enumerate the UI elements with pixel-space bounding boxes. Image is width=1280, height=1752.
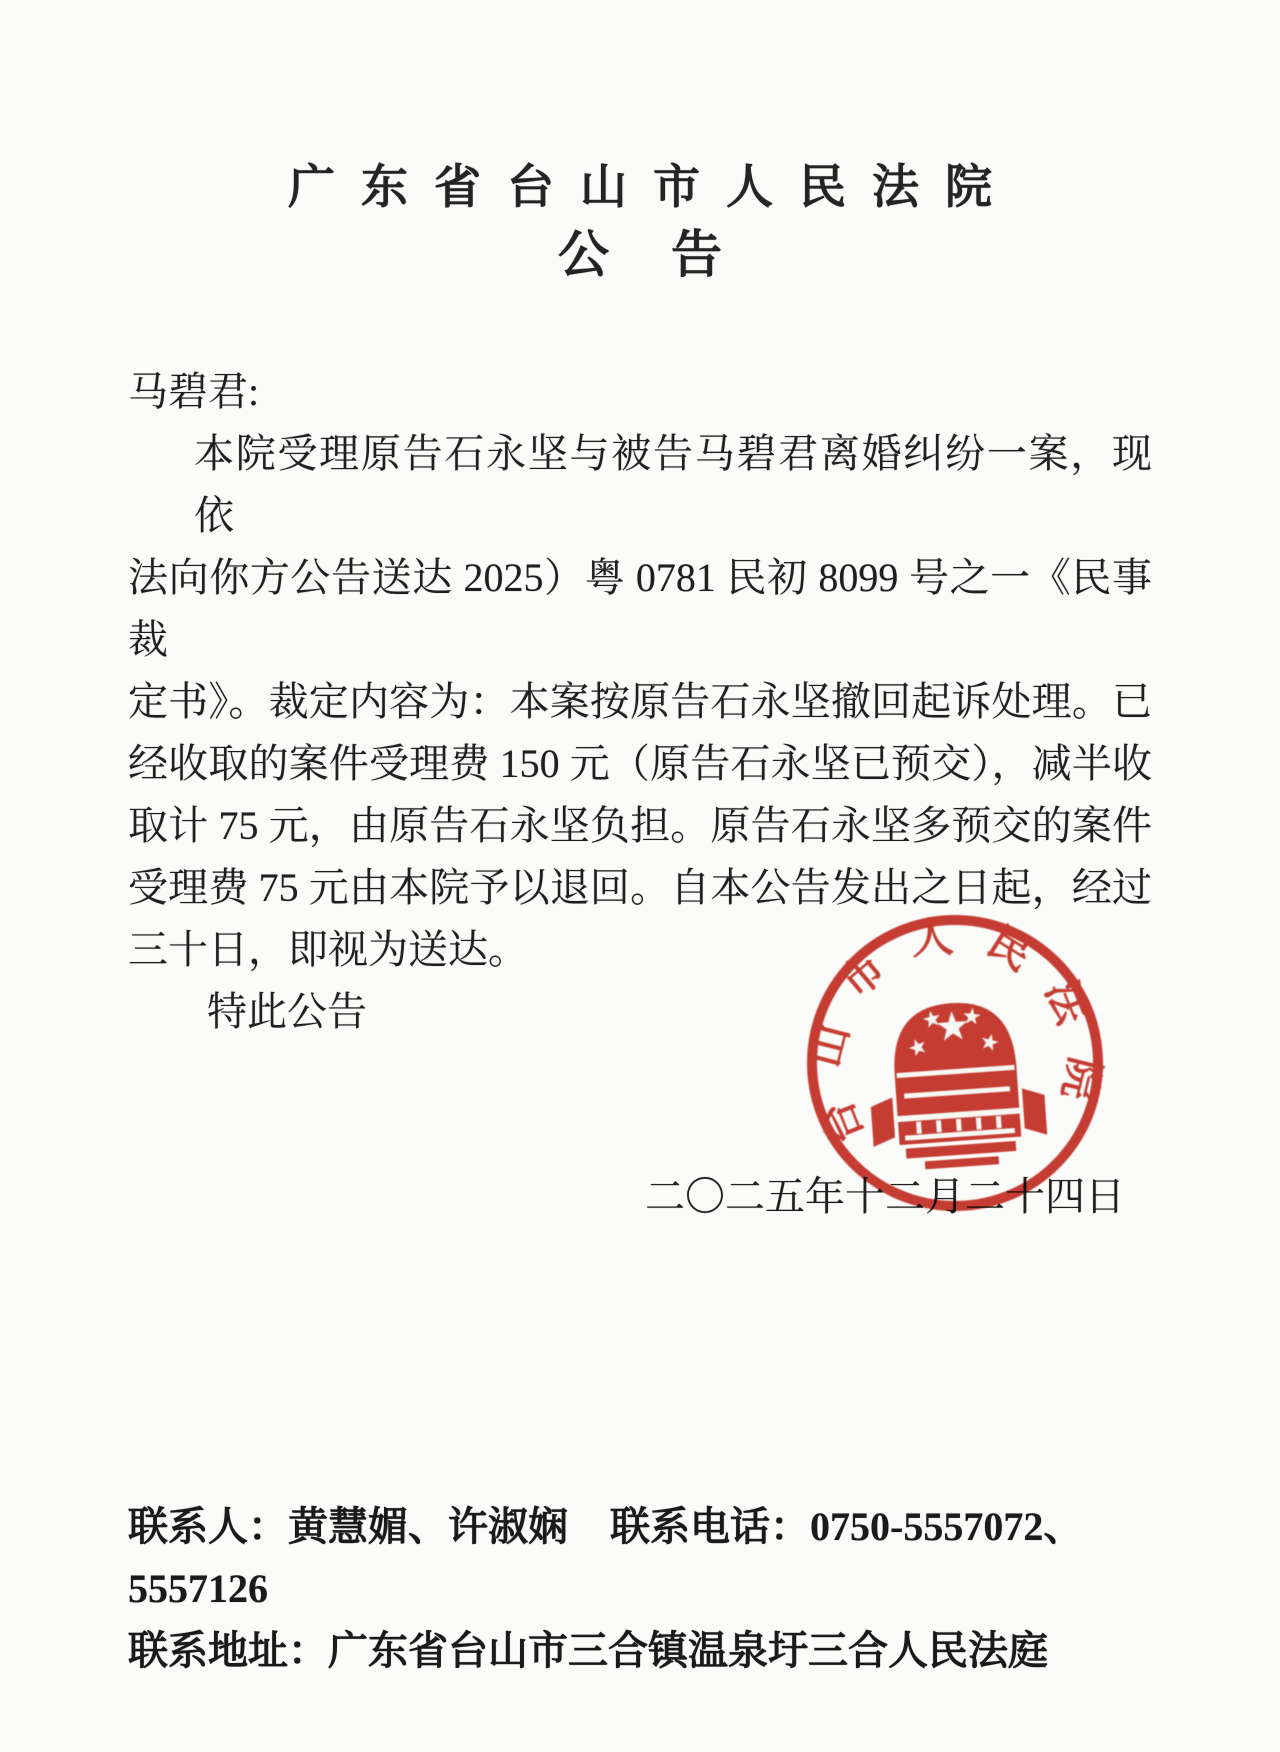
body-line: 本院受理原告石永坚与被告马碧君离婚纠纷一案，现依: [128, 423, 1152, 547]
contact-address: 联系地址：广东省台山市三合镇温泉圩三合人民法庭: [128, 1620, 1152, 1682]
contact-person: 联系人：黄慧媚、许淑娴: [128, 1504, 568, 1549]
body-line: 取计 75 元，由原告石永坚负担。原告石永坚多预交的案件: [128, 795, 1152, 857]
body-line: 定书》。裁定内容为：本案按原告石永坚撤回起诉处理。已: [128, 671, 1152, 733]
issue-date: 二〇二五年十二月二十四日: [128, 1166, 1152, 1228]
document-content: 广东省台山市人民法院 公告 马碧君: 本院受理原告石永坚与被告马碧君离婚纠纷一案…: [0, 0, 1280, 1682]
contact-block: 联系人：黄慧媚、许淑娴联系电话：0750-5557072、5557126 联系地…: [128, 1496, 1152, 1682]
court-name-title: 广东省台山市人民法院: [128, 0, 1152, 218]
body-line: 法向你方公告送达 2025）粤 0781 民初 8099 号之一《民事裁: [128, 547, 1152, 671]
notice-type-title: 公告: [128, 224, 1152, 288]
closing-line: 特此公告: [128, 981, 1152, 1043]
court-notice-document: 广东省台山市人民法院 公告 马碧君: 本院受理原告石永坚与被告马碧君离婚纠纷一案…: [0, 0, 1280, 1752]
body-line: 三十日，即视为送达。: [128, 919, 1152, 981]
body-line: 受理费 75 元由本院予以退回。自本公告发出之日起，经过: [128, 857, 1152, 919]
contact-row: 联系人：黄慧媚、许淑娴联系电话：0750-5557072、5557126: [128, 1496, 1152, 1620]
body-line: 经收取的案件受理费 150 元（原告石永坚已预交），减半收: [128, 733, 1152, 795]
recipient-line: 马碧君:: [128, 361, 1152, 423]
notice-body: 马碧君: 本院受理原告石永坚与被告马碧君离婚纠纷一案，现依 法向你方公告送达 2…: [128, 361, 1152, 1043]
